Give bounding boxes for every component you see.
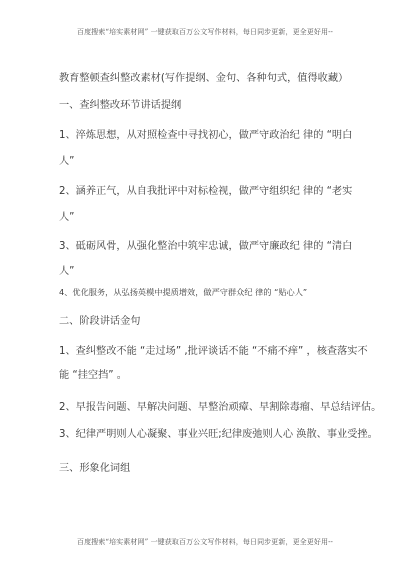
- section1-item3-line1: 3、砥砺风骨，从强化整治中筑牢忠诚，做严守廉政纪 律的 “清白: [59, 237, 352, 252]
- section1-item2-line2: 人”: [59, 208, 74, 223]
- document-title: 教育整顿查纠整改素材(写作提纲、金句、各种句式，值得收藏）: [59, 69, 348, 84]
- section2-item1-line2: 能 “挂空挡” 。: [59, 366, 127, 381]
- section-heading-2: 二、阶段讲话金句: [59, 312, 141, 327]
- section1-item2-line1: 2、涵养正气，从自我批评中对标检视，做严守组织纪 律的 “老实: [59, 182, 352, 197]
- page-footer-banner: 百度搜索“培实素材网” 一键获取百万公文写作材料，每日同步更新，更全更好用--: [0, 537, 410, 547]
- document-page: 百度搜索“培实素材网” 一键获取百万公文写作材料，每日同步更新，更全更好用-- …: [0, 0, 410, 580]
- section1-item3-line2: 人”: [59, 262, 74, 277]
- section-heading-3: 三、形象化词组: [59, 459, 130, 474]
- section1-item4: 4、优化服务，从弘扬英模中提质增效，做严守群众纪 律的 “贴心人”: [59, 287, 307, 298]
- section2-item1-line1: 1、查纠整改不能 “走过场” ,批评谈话不能 “不痛不痒” ，核查落实不: [59, 342, 368, 357]
- section2-item2: 2、早报告问题、早解决问题、早整治顽瘴、早割除毒瘤、早总结评估。: [59, 398, 381, 413]
- section2-item3: 3、纪律严明则人心凝聚、事业兴旺;纪律废弛则人心 涣散、事业受挫。: [59, 425, 378, 440]
- section1-item1-line1: 1、淬炼思想，从对照检查中寻找初心，做严守政治纪 律的 “明白: [59, 126, 352, 141]
- section1-item1-line2: 人”: [59, 152, 74, 167]
- page-header-banner: 百度搜索“培实素材网” 一键获取百万公文写作材料，每日同步更新，更全更好用--: [0, 27, 410, 37]
- section-heading-1: 一、查纠整改环节讲话提纲: [59, 96, 181, 111]
